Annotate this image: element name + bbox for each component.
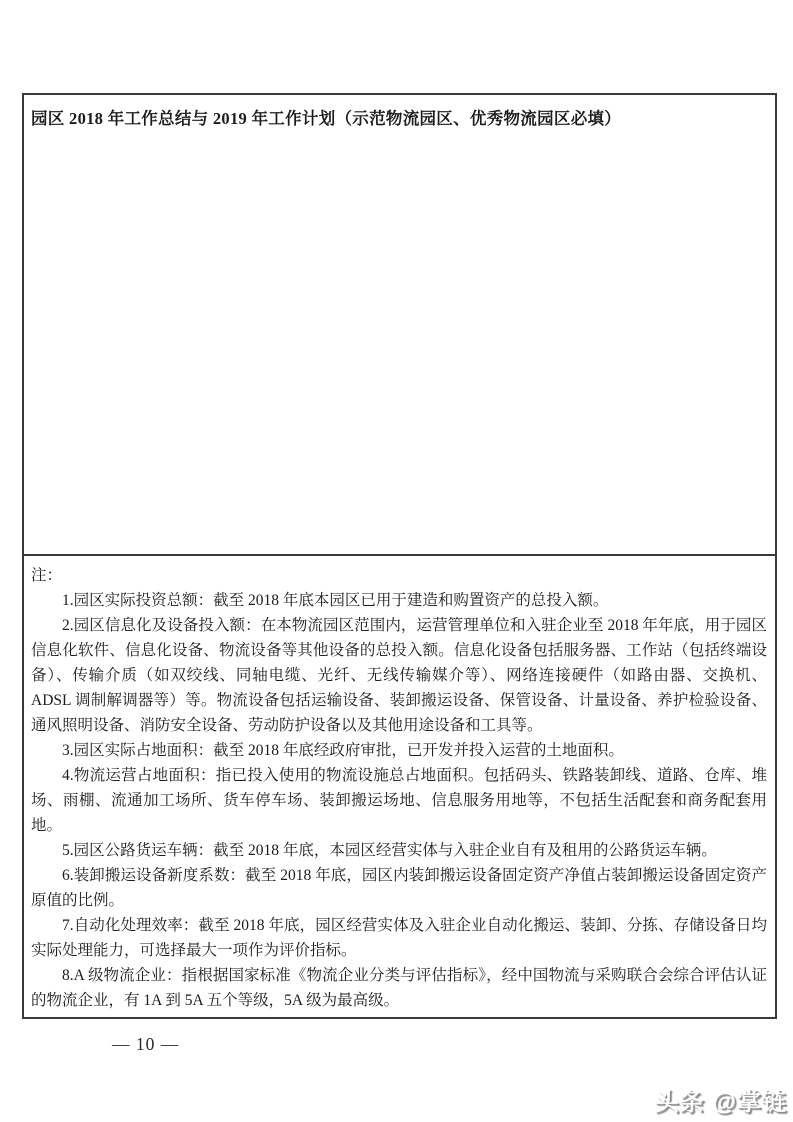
page-number: — 10 — — [112, 1034, 179, 1055]
notes-list: 1.园区实际投资总额：截至 2018 年底本园区已用于建造和购置资产的总投入额。… — [31, 588, 767, 1013]
notes-label: 注： — [31, 563, 767, 588]
watermark-toutiao-zhanglian: 头条 @掌链 — [655, 1082, 787, 1117]
note-paragraph: 5.园区公路货运车辆：截至 2018 年底，本园区经营实体与入驻企业自有及租用的… — [31, 838, 767, 863]
summary-plan-cell: 园区 2018 年工作总结与 2019 年工作计划（示范物流园区、优秀物流园区必… — [24, 95, 775, 556]
notes-cell: 注： 1.园区实际投资总额：截至 2018 年底本园区已用于建造和购置资产的总投… — [24, 556, 775, 1017]
note-paragraph: 4.物流运营占地面积：指已投入使用的物流设施总占地面积。包括码头、铁路装卸线、道… — [31, 763, 767, 838]
note-paragraph: 7.自动化处理效率：截至 2018 年底，园区经营实体及入驻企业自动化搬运、装卸… — [31, 913, 767, 963]
document-form-table: 园区 2018 年工作总结与 2019 年工作计划（示范物流园区、优秀物流园区必… — [22, 93, 777, 1019]
note-paragraph: 3.园区实际占地面积：截至 2018 年底经政府审批，已开发并投入运营的土地面积… — [31, 738, 767, 763]
note-paragraph: 8.A 级物流企业：指根据国家标准《物流企业分类与评估指标》，经中国物流与采购联… — [31, 963, 767, 1013]
form-section-title: 园区 2018 年工作总结与 2019 年工作计划（示范物流园区、优秀物流园区必… — [31, 108, 768, 130]
note-paragraph: 2.园区信息化及设备投入额：在本物流园区范围内，运营管理单位和入驻企业至 201… — [31, 613, 767, 738]
note-paragraph: 1.园区实际投资总额：截至 2018 年底本园区已用于建造和购置资产的总投入额。 — [31, 588, 767, 613]
note-paragraph: 6.装卸搬运设备新度系数：截至 2018 年底，园区内装卸搬运设备固定资产净值占… — [31, 863, 767, 913]
